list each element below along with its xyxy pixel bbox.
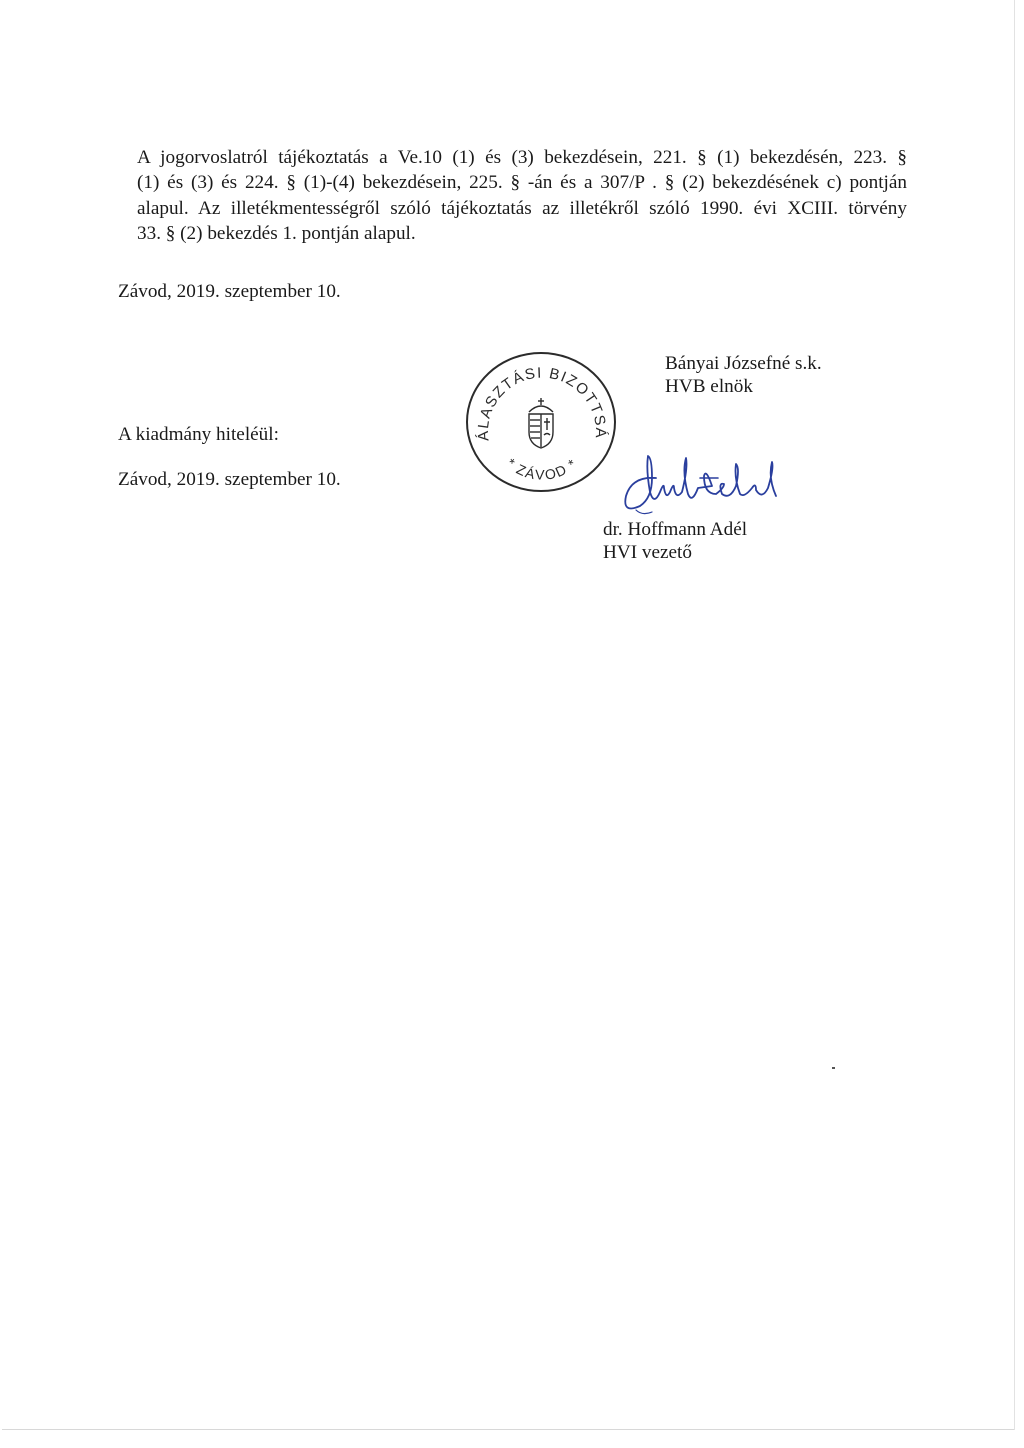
certification-place-date: Závod, 2019. szeptember 10. bbox=[118, 469, 341, 491]
svg-text:VÁLASZTÁSI BIZOTTSÁG: VÁLASZTÁSI BIZOTTSÁG bbox=[463, 350, 609, 441]
handwritten-signature bbox=[612, 448, 792, 518]
certification-label: A kiadmány hiteléül: bbox=[118, 424, 279, 446]
scan-speck bbox=[832, 1067, 835, 1069]
legal-remedy-paragraph: A jogorvoslatról tájékoztatás a Ve.10 (1… bbox=[137, 145, 907, 246]
signatory-2-title: HVI vezető bbox=[603, 542, 692, 564]
paragraph-line: (1) és (3) és 224. § (1)-(4) bekezdésein… bbox=[137, 170, 907, 195]
scan-edge-right bbox=[1014, 0, 1015, 1430]
official-stamp: VÁLASZTÁSI BIZOTTSÁG * ZÁVOD * bbox=[463, 350, 619, 494]
scan-edge-bottom bbox=[2, 1429, 1014, 1430]
stamp-text-top: VÁLASZTÁSI BIZOTTSÁG bbox=[463, 350, 609, 441]
paragraph-line: A jogorvoslatról tájékoztatás a Ve.10 (1… bbox=[137, 145, 907, 170]
signatory-2-name: dr. Hoffmann Adél bbox=[603, 519, 747, 541]
place-date: Závod, 2019. szeptember 10. bbox=[118, 281, 341, 303]
paragraph-line: alapul. Az illetékmentességről szóló táj… bbox=[137, 196, 907, 221]
signatory-1-title: HVB elnök bbox=[665, 376, 753, 398]
stamp-text-bottom: * ZÁVOD * bbox=[504, 455, 581, 483]
svg-text:* ZÁVOD *: * ZÁVOD * bbox=[504, 455, 581, 483]
coat-of-arms-icon bbox=[529, 398, 553, 448]
paragraph-line: 33. § (2) bekezdés 1. pontján alapul. bbox=[137, 221, 907, 246]
signatory-1-name: Bányai Józsefné s.k. bbox=[665, 353, 822, 375]
